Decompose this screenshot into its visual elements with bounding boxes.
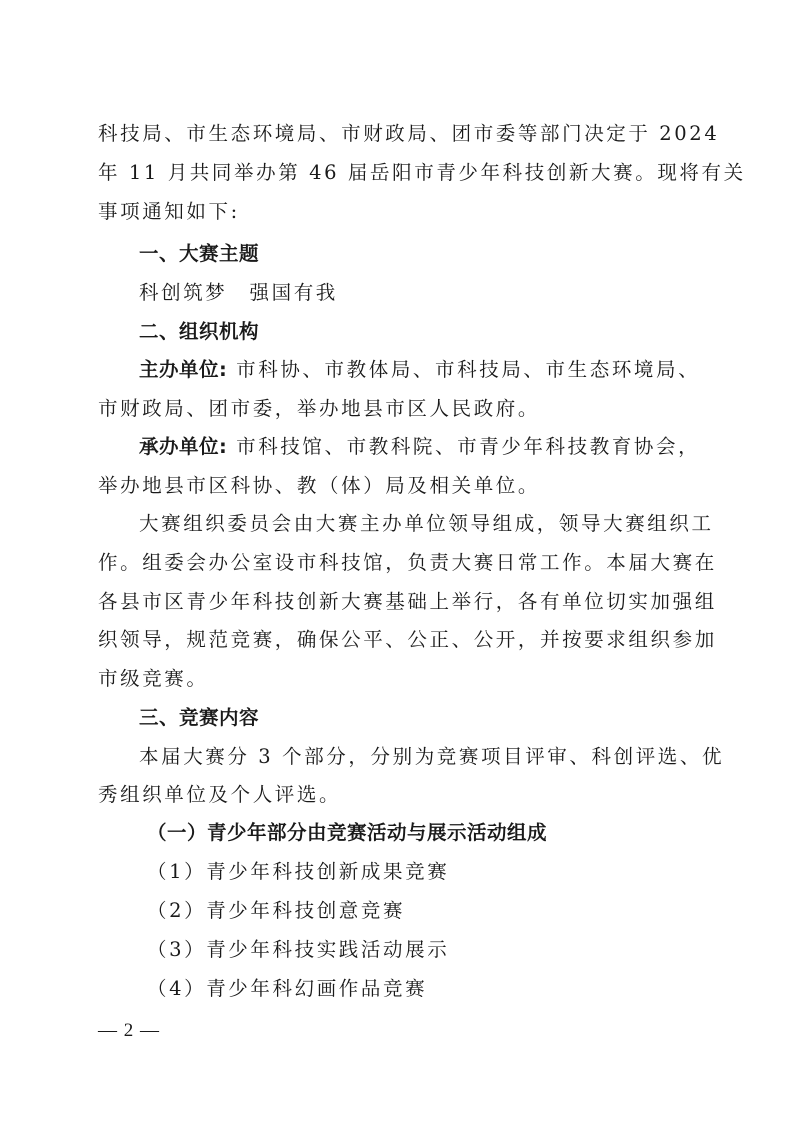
- host-units-line: 主办单位: 市科协、市教体局、市科技局、市生态环境局、: [139, 357, 739, 383]
- body-text-line: 作。组委会办公室设市科技馆，负责大赛日常工作。本届大赛在: [98, 550, 698, 576]
- organizer-units-line: 承办单位: 市科技馆、市教科院、市青少年科技教育协会，: [139, 434, 739, 460]
- organizer-units-label: 承办单位:: [139, 435, 227, 458]
- document-page: 科技局、市生态环境局、市财政局、团市委等部门决定于 2024 年 11 月共同举…: [0, 0, 793, 1122]
- section-heading-content: 三、竞赛内容: [139, 705, 739, 731]
- body-text-line: 各县市区青少年科技创新大赛基础上举行，各有单位切实加强组: [98, 589, 698, 615]
- organizer-units-text: 市科技馆、市教科院、市青少年科技教育协会，: [236, 435, 700, 458]
- subsection-heading-youth: （一）青少年部分由竞赛活动与展示活动组成: [147, 820, 747, 846]
- page-number: — 2 —: [98, 1019, 160, 1043]
- body-text-line: 秀组织单位及个人评选。: [98, 782, 698, 808]
- list-item: （1）青少年科技创新成果竞赛: [147, 859, 747, 885]
- body-text-line: 大赛组织委员会由大赛主办单位领导组成，领导大赛组织工: [139, 511, 739, 537]
- host-units-text: 市科协、市教体局、市科技局、市生态环境局、: [236, 358, 700, 381]
- list-item: （2）青少年科技创意竞赛: [147, 898, 747, 924]
- body-text-line: 本届大赛分 3 个部分，分别为竞赛项目评审、科创评选、优: [139, 744, 739, 770]
- body-text-line: 织领导，规范竞赛，确保公平、公正、公开，并按要求组织参加: [98, 627, 698, 653]
- host-units-label: 主办单位:: [139, 358, 227, 381]
- body-text-line: 举办地县市区科协、教（体）局及相关单位。: [98, 473, 698, 499]
- body-text-line: 市财政局、团市委，举办地县市区人民政府。: [98, 396, 698, 422]
- body-text-line: 科技局、市生态环境局、市财政局、团市委等部门决定于 2024: [98, 121, 698, 147]
- theme-text: 科创筑梦 强国有我: [139, 280, 739, 306]
- body-text-line: 市级竞赛。: [98, 666, 698, 692]
- list-item: （4）青少年科幻画作品竞赛: [147, 976, 747, 1002]
- section-heading-theme: 一、大赛主题: [139, 241, 739, 267]
- body-text-line: 事项通知如下:: [98, 199, 698, 225]
- list-item: （3）青少年科技实践活动展示: [147, 937, 747, 963]
- body-text-line: 年 11 月共同举办第 46 届岳阳市青少年科技创新大赛。现将有关: [98, 160, 698, 186]
- section-heading-organization: 二、组织机构: [139, 319, 739, 345]
